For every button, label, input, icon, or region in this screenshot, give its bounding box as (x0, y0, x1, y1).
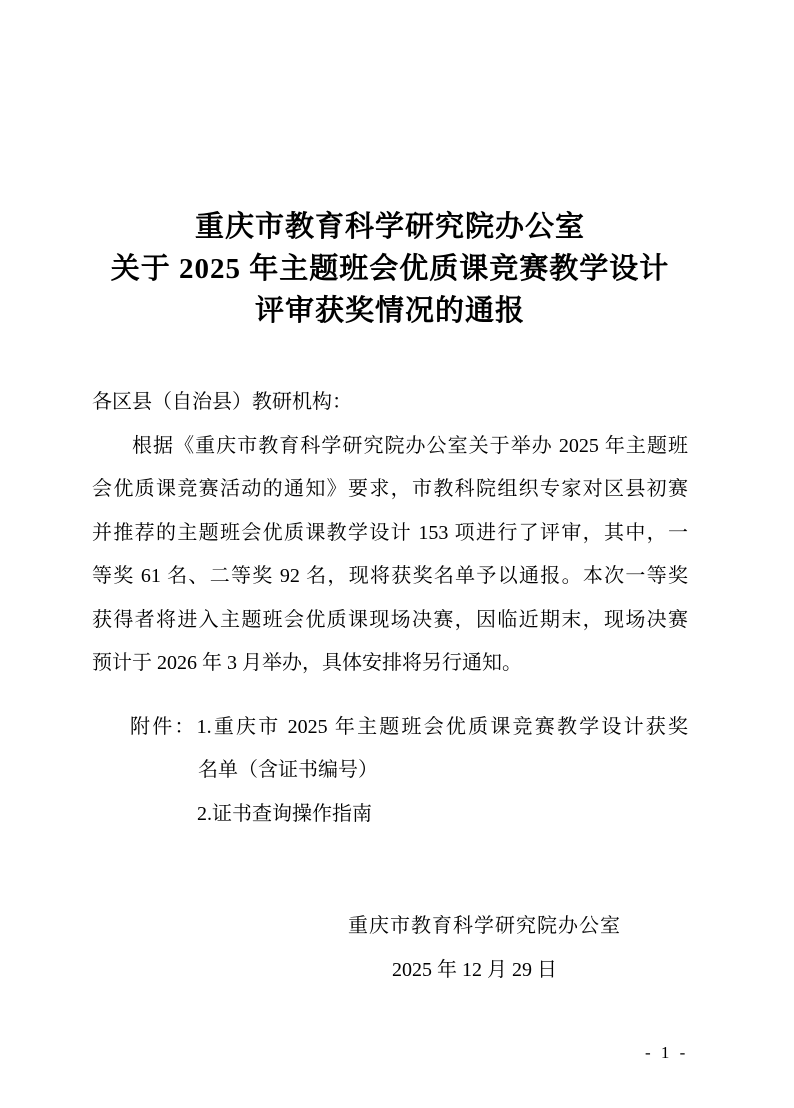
paragraph-line: 获得者将进入主题班会优质课现场决赛，因临近期末，现场决赛 (92, 599, 688, 643)
document-title: 重庆市教育科学研究院办公室 关于 2025 年主题班会优质课竞赛教学设计 评审获… (92, 206, 688, 332)
salutation-line: 各区县（自治县）教研机构： (92, 381, 688, 425)
document-body: 各区县（自治县）教研机构： 根据《重庆市教育科学研究院办公室关于举办 2025 … (92, 381, 688, 686)
signature-block: 重庆市教育科学研究院办公室 2025 年 12 月 29 日 (92, 905, 688, 992)
issuing-office: 重庆市教育科学研究院办公室 (348, 905, 688, 949)
paragraph-line: 根据《重庆市教育科学研究院办公室关于举办 2025 年主题班 (92, 425, 688, 469)
paragraph-line: 并推荐的主题班会优质课教学设计 153 项进行了评审，其中，一 (92, 512, 688, 556)
title-line-1: 重庆市教育科学研究院办公室 (92, 206, 688, 248)
attachment-list: 附件：1.重庆市 2025 年主题班会优质课竞赛教学设计获奖 名单（含证书编号）… (92, 706, 688, 837)
paragraph-line: 预计于 2026 年 3 月举办，具体安排将另行通知。 (92, 642, 688, 686)
attachment-item-1: 附件：1.重庆市 2025 年主题班会优质课竞赛教学设计获奖 (92, 706, 688, 750)
page-number: - 1 - (645, 1042, 688, 1064)
title-line-3: 评审获奖情况的通报 (92, 290, 688, 332)
attachment-item-1-continuation: 名单（含证书编号） (92, 749, 688, 793)
paragraph-line: 等奖 61 名、二等奖 92 名，现将获奖名单予以通报。本次一等奖 (92, 555, 688, 599)
title-line-2: 关于 2025 年主题班会优质课竞赛教学设计 (92, 248, 688, 290)
document-content: 重庆市教育科学研究院办公室 关于 2025 年主题班会优质课竞赛教学设计 评审获… (92, 0, 688, 992)
attachment-item-2: 2.证书查询操作指南 (92, 793, 688, 837)
paragraph-line: 会优质课竞赛活动的通知》要求，市教科院组织专家对区县初赛 (92, 468, 688, 512)
document-page: 重庆市教育科学研究院办公室 关于 2025 年主题班会优质课竞赛教学设计 评审获… (0, 0, 794, 1108)
issue-date: 2025 年 12 月 29 日 (392, 949, 688, 993)
